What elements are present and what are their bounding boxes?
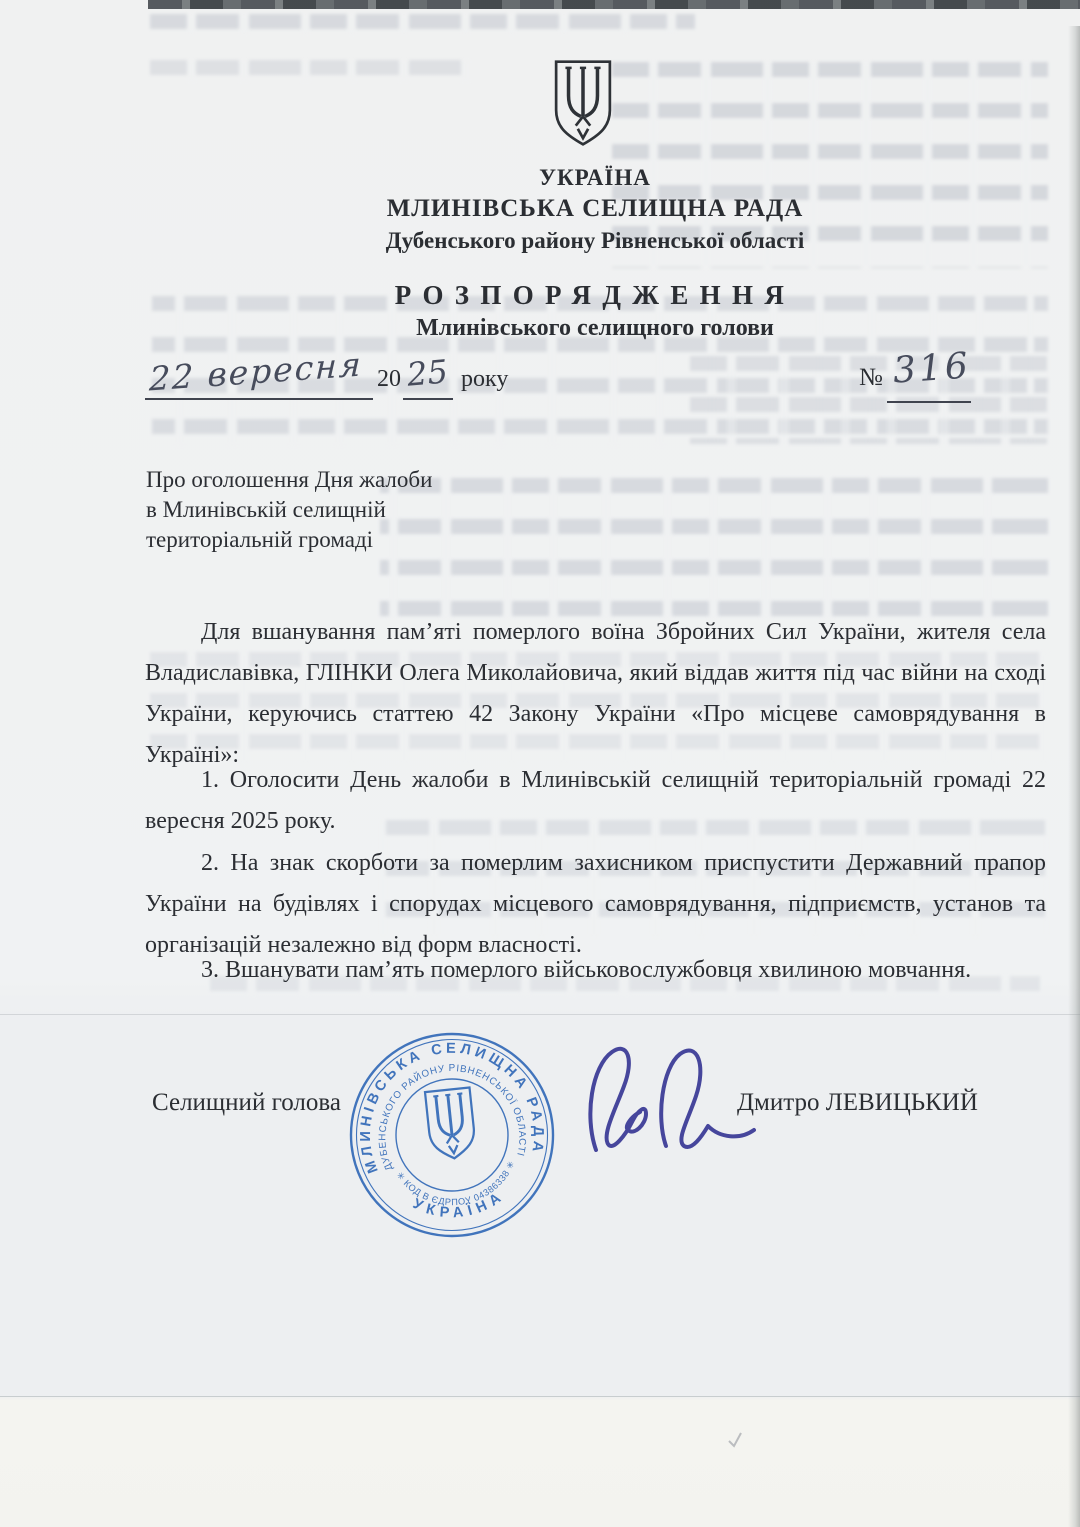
- year-underline: [403, 398, 453, 400]
- number-sign: №: [859, 364, 883, 392]
- handwritten-signature: [582, 1038, 757, 1163]
- official-round-stamp: МЛИНІВСЬКА СЕЛИЩНА РАДА ДУБЕНСЬКОГО РАЙО…: [336, 1019, 569, 1252]
- trident-icon: [556, 62, 610, 145]
- scan-fold-line: [0, 1396, 1080, 1397]
- country-name: УКРАЇНА: [145, 165, 1045, 191]
- bleedthrough-text-artifact: [150, 14, 695, 34]
- stamp-trident-icon: [425, 1087, 477, 1160]
- scan-edge-shadow: [1068, 26, 1080, 1527]
- signer-position: Селищний голова: [152, 1089, 341, 1117]
- bleedthrough-text-artifact: [150, 60, 470, 82]
- year-prefix: 20: [377, 366, 401, 393]
- council-name: МЛИНІВСЬКА СЕЛИЩНА РАДА: [145, 195, 1045, 223]
- scan-tone-line: [0, 1014, 1080, 1015]
- signer-name: Дмитро ЛЕВИЦЬКИЙ: [737, 1089, 978, 1117]
- subject-line: Про оголошення Дня жалоби: [146, 465, 432, 495]
- year-word: року: [461, 366, 508, 393]
- preamble-paragraph: Для вшанування пам’яті померлого воїна З…: [145, 612, 1046, 776]
- bleedthrough-text-artifact: [380, 478, 1048, 618]
- scanned-document-page: УКРАЇНА МЛИНІВСЬКА СЕЛИЩНА РАДА Дубенськ…: [0, 0, 1080, 1527]
- scan-edge-artifact: [148, 0, 1080, 9]
- handwritten-year: 25: [405, 352, 449, 393]
- subject-line: в Млинівській селищній: [146, 495, 432, 525]
- date-number-row: 22 вересня 20 25 року № 316: [145, 358, 1045, 422]
- number-underline: [887, 401, 971, 403]
- handwritten-date: 22 вересня: [149, 344, 364, 398]
- document-type-title: РОЗПОРЯДЖЕННЯ: [145, 280, 1045, 311]
- order-item: 2. На знак скорботи за померлим захисник…: [145, 843, 1046, 966]
- handwritten-doc-number: 316: [892, 345, 972, 391]
- order-item: 3. Вшанувати пам’ять померлого військово…: [145, 950, 1046, 991]
- ukraine-trident-emblem: [552, 58, 614, 148]
- scan-speck-artifact: [726, 1430, 744, 1450]
- date-underline: [145, 398, 373, 400]
- letterhead: УКРАЇНА МЛИНІВСЬКА СЕЛИЩНА РАДА Дубенськ…: [145, 165, 1045, 342]
- district-line: Дубенського району Рівненської області: [145, 228, 1045, 254]
- signature-stroke: [590, 1049, 754, 1150]
- subject-line: територіальній громаді: [146, 525, 432, 555]
- subject-block: Про оголошення Дня жалоби в Млинівській …: [146, 465, 432, 555]
- order-item: 1. Оголосити День жалоби в Млинівській с…: [145, 760, 1046, 842]
- document-subtitle: Млинівського селищного голови: [145, 315, 1045, 342]
